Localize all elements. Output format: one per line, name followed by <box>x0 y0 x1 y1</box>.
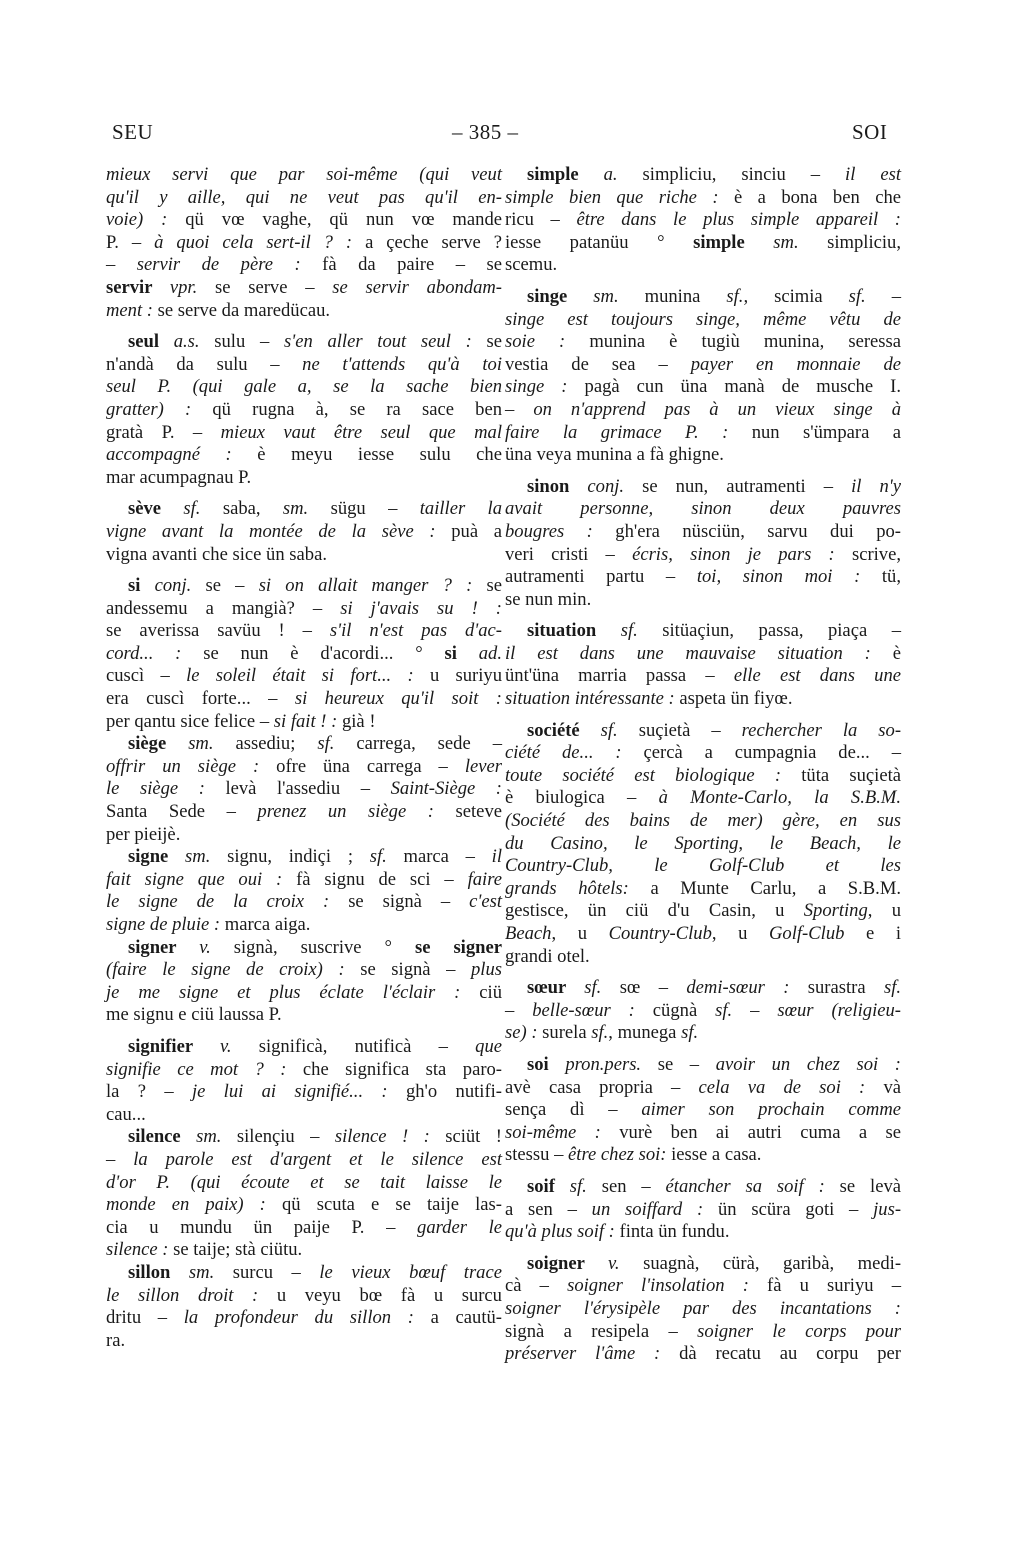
french-text: sf. <box>584 977 619 998</box>
headword: simple <box>527 164 604 185</box>
monegasque-text: a sen – <box>505 1199 592 1220</box>
french-text: sm. <box>773 232 827 253</box>
french-text: le soleil était si fort... : <box>186 665 430 686</box>
monegasque-text: veri cristi – <box>505 544 632 565</box>
monegasque-text: se <box>486 575 502 596</box>
monegasque-text: aspeta ün fiyœ. <box>679 688 792 709</box>
text-line: monde en paix) : qü scuta e se taije las… <box>106 1194 502 1217</box>
monegasque-text: và <box>883 1077 901 1098</box>
french-text: sœur (religieu- <box>777 1000 901 1021</box>
french-text: je lui ai signifié... : <box>192 1081 406 1102</box>
entry-gap <box>505 1045 901 1054</box>
french-text: la parole est d'argent et le silence est <box>133 1149 502 1170</box>
monegasque-text: finta ün fundu. <box>620 1221 730 1242</box>
text-line: ünt'üna marria passa – elle est dans une <box>505 665 901 688</box>
monegasque-text: üna veya munina a fà ghigne. <box>505 444 724 465</box>
headword: situation <box>527 620 621 641</box>
text-line: veri cristi – écris, sinon je pars : scr… <box>505 544 901 567</box>
text-line: vestia de sea – payer en monnaie de <box>505 354 901 377</box>
monegasque-text: a Munte Carlu, a S.B.M. <box>650 878 901 899</box>
text-line: cia u mundu ün paije P. – garder le <box>106 1217 502 1240</box>
french-text: sm. <box>196 1126 237 1147</box>
text-line: (faire le signe de croix) : se signà – p… <box>106 959 502 982</box>
french-text: sf., <box>726 286 774 307</box>
text-line: se nun min. <box>505 589 901 612</box>
french-text: a. <box>604 164 643 185</box>
french-text: sf. <box>601 720 639 741</box>
french-text: toi, sinon moi : <box>697 566 882 587</box>
monegasque-text: gestisce, ün ciü d'u Casin, u <box>505 900 804 921</box>
monegasque-text: è a bona ben che <box>734 187 901 208</box>
headword: sillon <box>128 1262 189 1283</box>
text-line: se) : surela sf., munega sf. <box>505 1022 901 1045</box>
french-text: sf. <box>621 620 663 641</box>
text-line: Santa Sede – prenez un siège : seteve <box>106 801 502 824</box>
monegasque-text: saba, <box>223 498 283 519</box>
monegasque-text: simpliciu, <box>827 232 901 253</box>
text-line: société sf. suçietà – rechercher la so- <box>505 720 901 743</box>
monegasque-text: gh'era nüsciün, sarvu dui po- <box>615 521 901 542</box>
french-text: belle-sœur : <box>532 1000 653 1021</box>
headword: sève <box>128 498 183 519</box>
french-text: gratter) : <box>106 399 212 420</box>
monegasque-text: carrega, sede – <box>356 733 502 754</box>
french-text: je me signe et plus éclate l'éclair : <box>106 982 479 1003</box>
text-line: vigna avanti che sice ün saba. <box>106 544 502 567</box>
entry-gap <box>106 322 502 331</box>
text-line: gratter) : qü rugna à, se ra sace ben <box>106 399 502 422</box>
monegasque-text: a cautü- <box>431 1307 502 1328</box>
text-line: siège sm. assediu; sf. carrega, sede – <box>106 733 502 756</box>
text-line: cau... <box>106 1104 502 1127</box>
french-text: faire la grimace P. : <box>505 422 752 443</box>
text-line: grands hôtels: a Munte Carlu, a S.B.M. <box>505 878 901 901</box>
french-text: aimer son prochain comme <box>641 1099 901 1120</box>
monegasque-text: – <box>106 1149 133 1170</box>
monegasque-text: P. – <box>106 232 154 253</box>
monegasque-text: – <box>892 286 901 307</box>
french-text: payer en monnaie de <box>691 354 901 375</box>
monegasque-text: scrive, <box>852 544 901 565</box>
french-text: sm. <box>185 846 227 867</box>
headword: signe <box>128 846 185 867</box>
monegasque-text: e i <box>866 923 901 944</box>
french-text: servir de père : <box>137 254 322 275</box>
monegasque-text: sulu – <box>214 331 284 352</box>
text-line: a sen – un soiffard : ün scüra goti – ju… <box>505 1199 901 1222</box>
french-text: cela va de soi : <box>699 1077 884 1098</box>
text-line: signer v. signà, suscrive ° se signer <box>106 937 502 960</box>
entry-gap <box>505 1244 901 1253</box>
french-text: ne t'attends qu'à toi <box>302 354 502 375</box>
french-text: v. <box>608 1253 643 1274</box>
text-line: offrir un siège : ofre üna carrega – lev… <box>106 756 502 779</box>
text-line: – belle-sœur : cügnà sf. – sœur (religie… <box>505 1000 901 1023</box>
french-text: il est dans une mauvaise situation : <box>505 643 893 664</box>
french-text: préserver l'âme : <box>505 1343 679 1364</box>
french-text: pron.pers. <box>565 1054 657 1075</box>
text-line: ra. <box>106 1330 502 1353</box>
french-text: fait signe que oui : <box>106 869 296 890</box>
text-line: – servir de père : fà da paire – se <box>106 254 502 277</box>
text-line: signe sm. signu, indiçi ; sf. marca – il <box>106 846 502 869</box>
monegasque-text: sciüt ! <box>445 1126 502 1147</box>
french-text: il <box>492 846 502 867</box>
text-line: – on n'apprend pas à un vieux singe à <box>505 399 901 422</box>
entry-gap <box>505 467 901 476</box>
text-line: stessu – être chez soi: iesse a casa. <box>505 1144 901 1167</box>
monegasque-text: iesse a casa. <box>671 1144 761 1165</box>
text-line: üna veya munina a fà ghigne. <box>505 444 901 467</box>
monegasque-text: levà l'assediu – <box>225 778 390 799</box>
headword: signer <box>128 937 199 958</box>
french-text: signe de pluie : <box>106 914 225 935</box>
headword: signifier <box>128 1036 220 1057</box>
entry-gap <box>505 1167 901 1176</box>
monegasque-text: andessemu a mangià? – <box>106 598 340 619</box>
text-line: me signu e ciü laussa P. <box>106 1004 502 1027</box>
text-line: soif sf. sen – étancher sa soif : se lev… <box>505 1176 901 1199</box>
running-head-right: SOI <box>852 120 887 145</box>
french-text: monde en paix) : <box>106 1194 282 1215</box>
text-line: mar acumpagnau P. <box>106 467 502 490</box>
monegasque-text: se signà – <box>360 959 471 980</box>
monegasque-text: se serve da maredücau. <box>158 300 330 321</box>
monegasque-text: ra. <box>106 1330 125 1351</box>
monegasque-text: fà da paire – se <box>322 254 502 275</box>
running-head-left: SEU <box>112 120 153 145</box>
french-text: avait personne, sinon deux pauvres <box>505 498 901 519</box>
monegasque-text: – <box>505 1000 532 1021</box>
text-line: Country-Club, le Golf-Club et les <box>505 855 901 878</box>
monegasque-text: puà a <box>451 521 502 542</box>
monegasque-text: la ? – <box>106 1081 192 1102</box>
text-line: soie : munina è tugiù munina, seressa <box>505 331 901 354</box>
monegasque-text: qü rugna à, se ra sace ben <box>212 399 502 420</box>
french-text: sf. <box>715 1000 750 1021</box>
headword: sinon <box>527 476 587 497</box>
french-text: qu'à plus soif : <box>505 1221 620 1242</box>
french-text: faire <box>468 869 502 890</box>
french-text: sm. <box>189 1262 233 1283</box>
text-line: signà a resipela – soigner le corps pour <box>505 1321 901 1344</box>
text-line: soigner v. suagnà, cürà, garibà, medi- <box>505 1253 901 1276</box>
french-text: jus- <box>873 1199 901 1220</box>
text-line: bougres : gh'era nüsciün, sarvu dui po- <box>505 521 901 544</box>
french-text: Golf-Club <box>769 923 866 944</box>
text-line: silence sm. silençiu – silence ! : sciüt… <box>106 1126 502 1149</box>
monegasque-text: cà – <box>505 1275 567 1296</box>
headword: siège <box>128 733 188 754</box>
monegasque-text: dà recatu au corpu per <box>679 1343 901 1364</box>
french-text: qu'il y aille, qui ne veut pas qu'il en- <box>106 187 502 208</box>
french-text: s'il n'est pas d'ac- <box>330 620 502 641</box>
french-text: Country-Club <box>609 923 712 944</box>
monegasque-text: signà a resipela – <box>505 1321 697 1342</box>
monegasque-text: se – <box>658 1054 716 1075</box>
french-text: être chez soi: <box>568 1144 671 1165</box>
monegasque-text: sœ – <box>620 977 687 998</box>
text-line: si conj. se – si on allait manger ? : se <box>106 575 502 598</box>
french-text: s'en aller tout seul : <box>284 331 487 352</box>
text-line: ment : se serve da maredücau. <box>106 300 502 323</box>
monegasque-text: surcu – <box>233 1262 320 1283</box>
monegasque-text: suçietà – <box>639 720 742 741</box>
text-line: scemu. <box>505 254 901 277</box>
monegasque-text: vigna avanti che sice ün saba. <box>106 544 327 565</box>
french-text: (faire le signe de croix) : <box>106 959 360 980</box>
french-text: soigner l'érysipèle par des incantations… <box>505 1298 901 1319</box>
text-line: simple bien que riche : è a bona ben che <box>505 187 901 210</box>
monegasque-text: se averissa savüu ! – <box>106 620 330 641</box>
headword: soi <box>527 1054 565 1075</box>
monegasque-text: marca aiga. <box>225 914 311 935</box>
monegasque-text: se nun, autramenti – <box>642 476 851 497</box>
page-number: – 385 – <box>452 120 519 145</box>
text-line: qu'il y aille, qui ne veut pas qu'il en- <box>106 187 502 210</box>
french-text: sf. <box>317 733 356 754</box>
monegasque-text: – <box>505 399 533 420</box>
french-text: tailler la <box>420 498 502 519</box>
monegasque-text: sitüaçiun, passa, piaça – <box>662 620 901 641</box>
french-text: être dans le plus simple appareil : <box>576 209 901 230</box>
text-line: simple a. simpliciu, sinciu – il est <box>505 164 901 187</box>
text-line: sœur sf. sœ – demi-sœur : surastra sf. <box>505 977 901 1000</box>
french-text: le signe de la croix : <box>106 891 348 912</box>
monegasque-text: nun s'ümpara a <box>752 422 901 443</box>
text-line: singe est toujours singe, même vêtu de <box>505 309 901 332</box>
french-text: offrir un siège : <box>106 756 276 777</box>
headword: si <box>445 643 479 664</box>
french-text: le sillon droit : <box>106 1285 277 1306</box>
french-text: singe : <box>505 376 585 397</box>
monegasque-text: sença dì – <box>505 1099 641 1120</box>
text-line: sença dì – aimer son prochain comme <box>505 1099 901 1122</box>
headword: silence <box>128 1126 196 1147</box>
french-text: il est <box>845 164 901 185</box>
french-text: accompagné : <box>106 444 257 465</box>
monegasque-text: iesse patanüu ° <box>505 232 693 253</box>
french-text: c'est <box>469 891 502 912</box>
french-text: si heureux qu'il soit : <box>295 688 502 709</box>
monegasque-text: ricu – <box>505 209 576 230</box>
monegasque-text: , u <box>551 923 608 944</box>
monegasque-text: gh'o nutifi- <box>406 1081 502 1102</box>
text-line: je me signe et plus éclate l'éclair : ci… <box>106 982 502 1005</box>
monegasque-text: se nun è d'acordi... ° <box>203 643 444 664</box>
text-line: ciété de... : çercà a cumpagnia de... – <box>505 742 901 765</box>
monegasque-text: mar acumpagnau P. <box>106 467 251 488</box>
monegasque-text: surela <box>542 1022 591 1043</box>
french-text: sm. <box>283 498 331 519</box>
monegasque-text: vurè ben ai autri cuma a se <box>619 1122 901 1143</box>
french-text: avoir un chez soi : <box>716 1054 901 1075</box>
french-text: elle est dans une <box>734 665 901 686</box>
french-text: mieux servi que par soi-même (qui veut <box>106 164 502 185</box>
french-text: la profondeur du sillon : <box>184 1307 431 1328</box>
french-text: cord... : <box>106 643 203 664</box>
monegasque-text: simpliciu, sinciu – <box>643 164 845 185</box>
text-line: du Casino, le Sporting, le Beach, le <box>505 833 901 856</box>
french-text: on n'apprend pas à un vieux singe à <box>533 399 901 420</box>
french-text: sm. <box>188 733 235 754</box>
monegasque-text: u veyu bœ fà u surcu <box>277 1285 502 1306</box>
monegasque-text: ünt'üna marria passa – <box>505 665 734 686</box>
french-text: Beach <box>505 923 551 944</box>
monegasque-text: qü scuta e se taije las- <box>282 1194 502 1215</box>
text-line: singe sm. munina sf., scimia sf. – <box>505 286 901 309</box>
monegasque-text: signà, suscrive ° <box>234 937 415 958</box>
text-line: le sillon droit : u veyu bœ fà u surcu <box>106 1285 502 1308</box>
french-text: sf. <box>370 846 404 867</box>
french-text: conj. <box>155 575 206 596</box>
french-text: ciété de... : <box>505 742 644 763</box>
text-line: fait signe que oui : fà signu de sci – f… <box>106 869 502 892</box>
text-line: è biulogica – à Monte-Carlo, la S.B.M. <box>505 787 901 810</box>
text-line: avait personne, sinon deux pauvres <box>505 498 901 521</box>
monegasque-text: era cuscì forte... – <box>106 688 295 709</box>
headword: seul <box>128 331 174 352</box>
monegasque-text: stessu – <box>505 1144 568 1165</box>
text-line: qu'à plus soif : finta ün fundu. <box>505 1221 901 1244</box>
text-line: signifier v. significà, nutificà – que <box>106 1036 502 1059</box>
headword: société <box>527 720 601 741</box>
left-column: mieux servi que par soi-même (qui veutqu… <box>106 164 502 1352</box>
text-line: sinon conj. se nun, autramenti – il n'y <box>505 476 901 499</box>
french-text: lever <box>465 756 502 777</box>
monegasque-text: tüta suçietà <box>801 765 901 786</box>
french-text: a.s. <box>174 331 215 352</box>
french-text: v. <box>199 937 234 958</box>
monegasque-text: cau... <box>106 1104 146 1125</box>
monegasque-text: silençiu – <box>237 1126 335 1147</box>
french-text: silence ! : <box>335 1126 445 1147</box>
monegasque-text: sügu – <box>331 498 420 519</box>
french-text: situation intéressante : <box>505 688 679 709</box>
monegasque-text: se nun min. <box>505 589 591 610</box>
french-text: vigne avant la montée de la sève : <box>106 521 451 542</box>
french-text: vpr. <box>170 277 215 298</box>
text-line: seul a.s. sulu – s'en aller tout seul : … <box>106 331 502 354</box>
monegasque-text: Santa Sede – <box>106 801 257 822</box>
french-text: ment : <box>106 300 158 321</box>
text-line: sillon sm. surcu – le vieux bœuf trace <box>106 1262 502 1285</box>
text-line: per qantu sice felice – si fait ! : già … <box>106 711 502 734</box>
text-line: P. – à quoi cela sert-il ? : a çeche ser… <box>106 232 502 255</box>
monegasque-text: è <box>893 643 901 664</box>
french-text: Sporting <box>804 900 868 921</box>
monegasque-text: se <box>487 331 503 352</box>
monegasque-text: se taije; stà ciütu. <box>173 1239 302 1260</box>
entry-gap <box>106 1027 502 1036</box>
headword: se signer <box>415 937 502 958</box>
french-text: singe est toujours singe, même vêtu de <box>505 309 901 330</box>
monegasque-text: – <box>106 254 137 275</box>
french-text: soigner l'insolation : <box>567 1275 767 1296</box>
text-line: servir vpr. se serve – se servir abondam… <box>106 277 502 300</box>
headword: sœur <box>527 977 584 998</box>
entry-gap <box>505 277 901 286</box>
monegasque-text: ciü <box>479 982 502 1003</box>
monegasque-text: grandi otel. <box>505 946 590 967</box>
monegasque-text: – <box>750 1000 777 1021</box>
text-line: toute société est biologique : tüta suçi… <box>505 765 901 788</box>
french-text: conj. <box>587 476 642 497</box>
text-line: grandi otel. <box>505 946 901 969</box>
monegasque-text: , munega <box>608 1022 681 1043</box>
text-line: cord... : se nun è d'acordi... ° si ad. <box>106 643 502 666</box>
monegasque-text: dritu – <box>106 1307 184 1328</box>
monegasque-text: pagà cun üna manà de musche I. <box>585 376 901 397</box>
entry-gap <box>505 711 901 720</box>
monegasque-text: gratà P. – <box>106 422 221 443</box>
text-line: era cuscì forte... – si heureux qu'il so… <box>106 688 502 711</box>
text-line: le signe de la croix : se signà – c'est <box>106 891 502 914</box>
french-text: il n'y <box>851 476 901 497</box>
text-line: se averissa savüu ! – s'il n'est pas d'a… <box>106 620 502 643</box>
monegasque-text: tü, <box>882 566 901 587</box>
text-line: Beach, u Country-Club, u Golf-Club e i <box>505 923 901 946</box>
french-text: le siège : <box>106 778 225 799</box>
french-text: écris, sinon je pars : <box>632 544 852 565</box>
french-text: toute société est biologique : <box>505 765 801 786</box>
french-text: Country-Club, le Golf-Club et les <box>505 855 901 876</box>
monegasque-text: marca – <box>404 846 492 867</box>
monegasque-text: è meyu iesse sulu che <box>257 444 502 465</box>
monegasque-text: munina è tugiù munina, seressa <box>589 331 901 352</box>
headword: si <box>128 575 155 596</box>
french-text: soie : <box>505 331 589 352</box>
headword: soigner <box>527 1253 608 1274</box>
monegasque-text: suagnà, cürà, garibà, medi- <box>643 1253 901 1274</box>
french-text: si fait ! : <box>274 711 342 732</box>
monegasque-text: munina <box>645 286 727 307</box>
text-line: seul P. (qui gale a, se la sache bien <box>106 376 502 399</box>
french-text: seul P. (qui gale a, se la sache bien <box>106 376 502 397</box>
entry-gap <box>505 968 901 977</box>
text-line: accompagné : è meyu iesse sulu che <box>106 444 502 467</box>
text-line: préserver l'âme : dà recatu au corpu per <box>505 1343 901 1366</box>
text-line: situation intéressante : aspeta ün fiyœ. <box>505 688 901 711</box>
french-text: à quoi cela sert-il ? : <box>154 232 365 253</box>
text-line: la ? – je lui ai signifié... : gh'o nuti… <box>106 1081 502 1104</box>
text-line: signifie ce mot ? : che significa sta pa… <box>106 1059 502 1082</box>
text-line: vigne avant la montée de la sève : puà a <box>106 521 502 544</box>
headword: simple <box>693 232 773 253</box>
monegasque-text: çercà a cumpagnia de... – <box>644 742 901 763</box>
text-line: gestisce, ün ciü d'u Casin, u Sporting, … <box>505 900 901 923</box>
text-line: avè casa propria – cela va de soi : và <box>505 1077 901 1100</box>
monegasque-text: se – <box>205 575 258 596</box>
text-line: andessemu a mangià? – si j'avais su ! : <box>106 598 502 621</box>
french-text: d'or P. (qui écoute et se tait laisse le <box>106 1172 502 1193</box>
monegasque-text: me signu e ciü laussa P. <box>106 1004 282 1025</box>
text-line: soi-même : vurè ben ai autri cuma a se <box>505 1122 901 1145</box>
french-text: ad. <box>479 643 502 664</box>
text-line: cà – soigner l'insolation : fà u suriyu … <box>505 1275 901 1298</box>
text-line: faire la grimace P. : nun s'ümpara a <box>505 422 901 445</box>
headword: soif <box>527 1176 570 1197</box>
text-line: autramenti partu – toi, sinon moi : tü, <box>505 566 901 589</box>
monegasque-text: ofre üna carrega – <box>276 756 465 777</box>
monegasque-text: scemu. <box>505 254 557 275</box>
monegasque-text: cügnà <box>653 1000 715 1021</box>
entry-gap <box>505 611 901 620</box>
monegasque-text: se serve – <box>215 277 332 298</box>
monegasque-text: , u <box>868 900 901 921</box>
french-text: simple bien que riche : <box>505 187 734 208</box>
monegasque-text: scimia <box>774 286 849 307</box>
